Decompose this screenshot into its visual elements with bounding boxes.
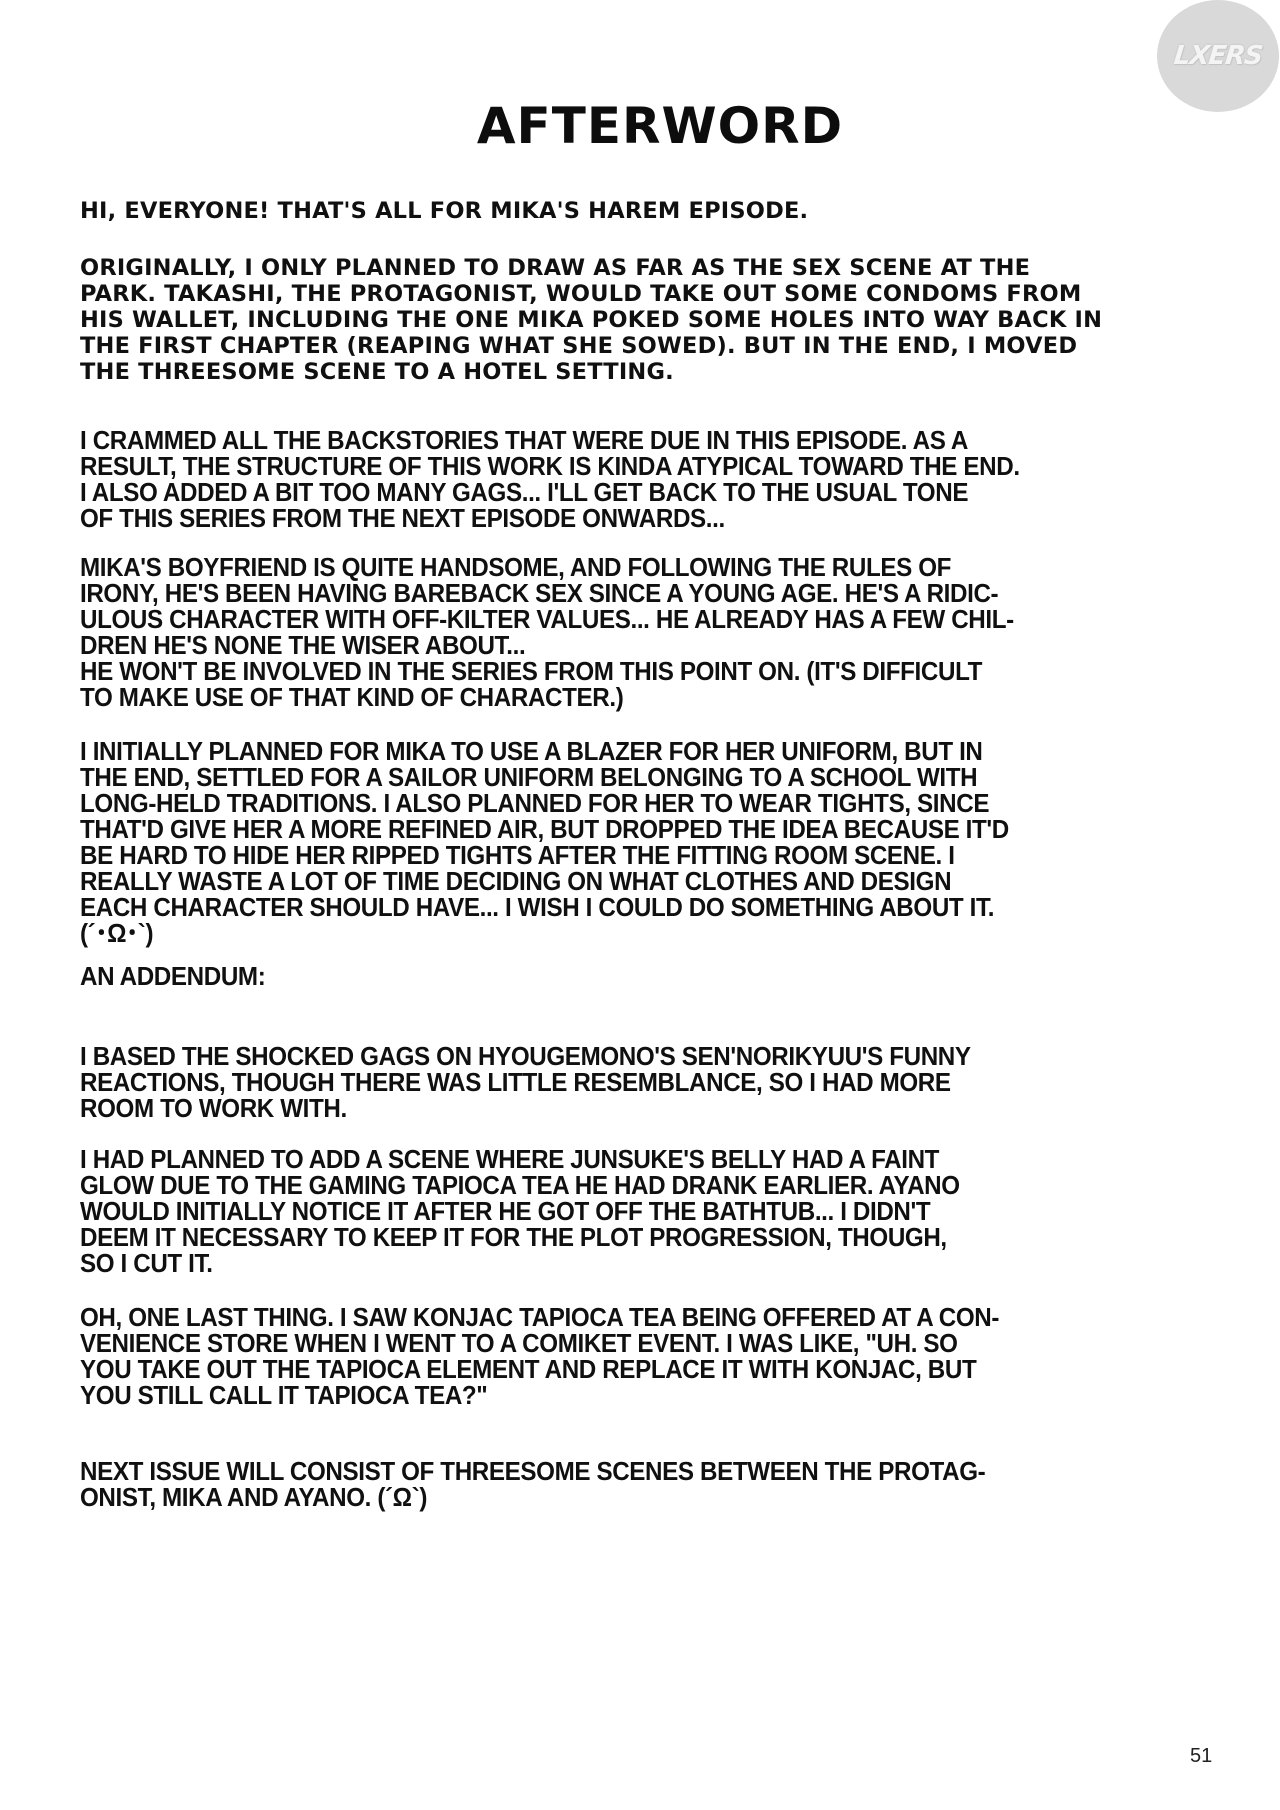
paragraph-original-plan: Originally, I only planned to draw as fa… bbox=[80, 255, 1210, 385]
page-number: 51 bbox=[1190, 1745, 1212, 1768]
paragraph-shocked-gags: I based the shocked gags on Hyougemono's… bbox=[80, 1043, 1215, 1121]
paragraph-backstories: I crammed all the backstories that were … bbox=[80, 427, 1215, 531]
addendum-heading: An addendum: bbox=[80, 963, 1215, 989]
paragraph-greeting: Hi, everyone! That's all for Mika's hare… bbox=[80, 198, 1210, 224]
paragraph-boyfriend: Mika's boyfriend is quite handsome, and … bbox=[80, 554, 1215, 710]
paragraph-konjac-tea: Oh, one last thing. I saw konjac tapioca… bbox=[80, 1304, 1215, 1408]
page-title: AFTERWORD bbox=[0, 96, 1280, 156]
paragraph-uniform: I initially planned for Mika to use a bl… bbox=[80, 738, 1215, 946]
watermark-logo-text: LXERS bbox=[1172, 41, 1263, 71]
paragraph-next-issue: Next issue will consist of threesome sce… bbox=[80, 1458, 1215, 1510]
paragraph-junsuke-scene: I had planned to add a scene where Junsu… bbox=[80, 1146, 1215, 1276]
